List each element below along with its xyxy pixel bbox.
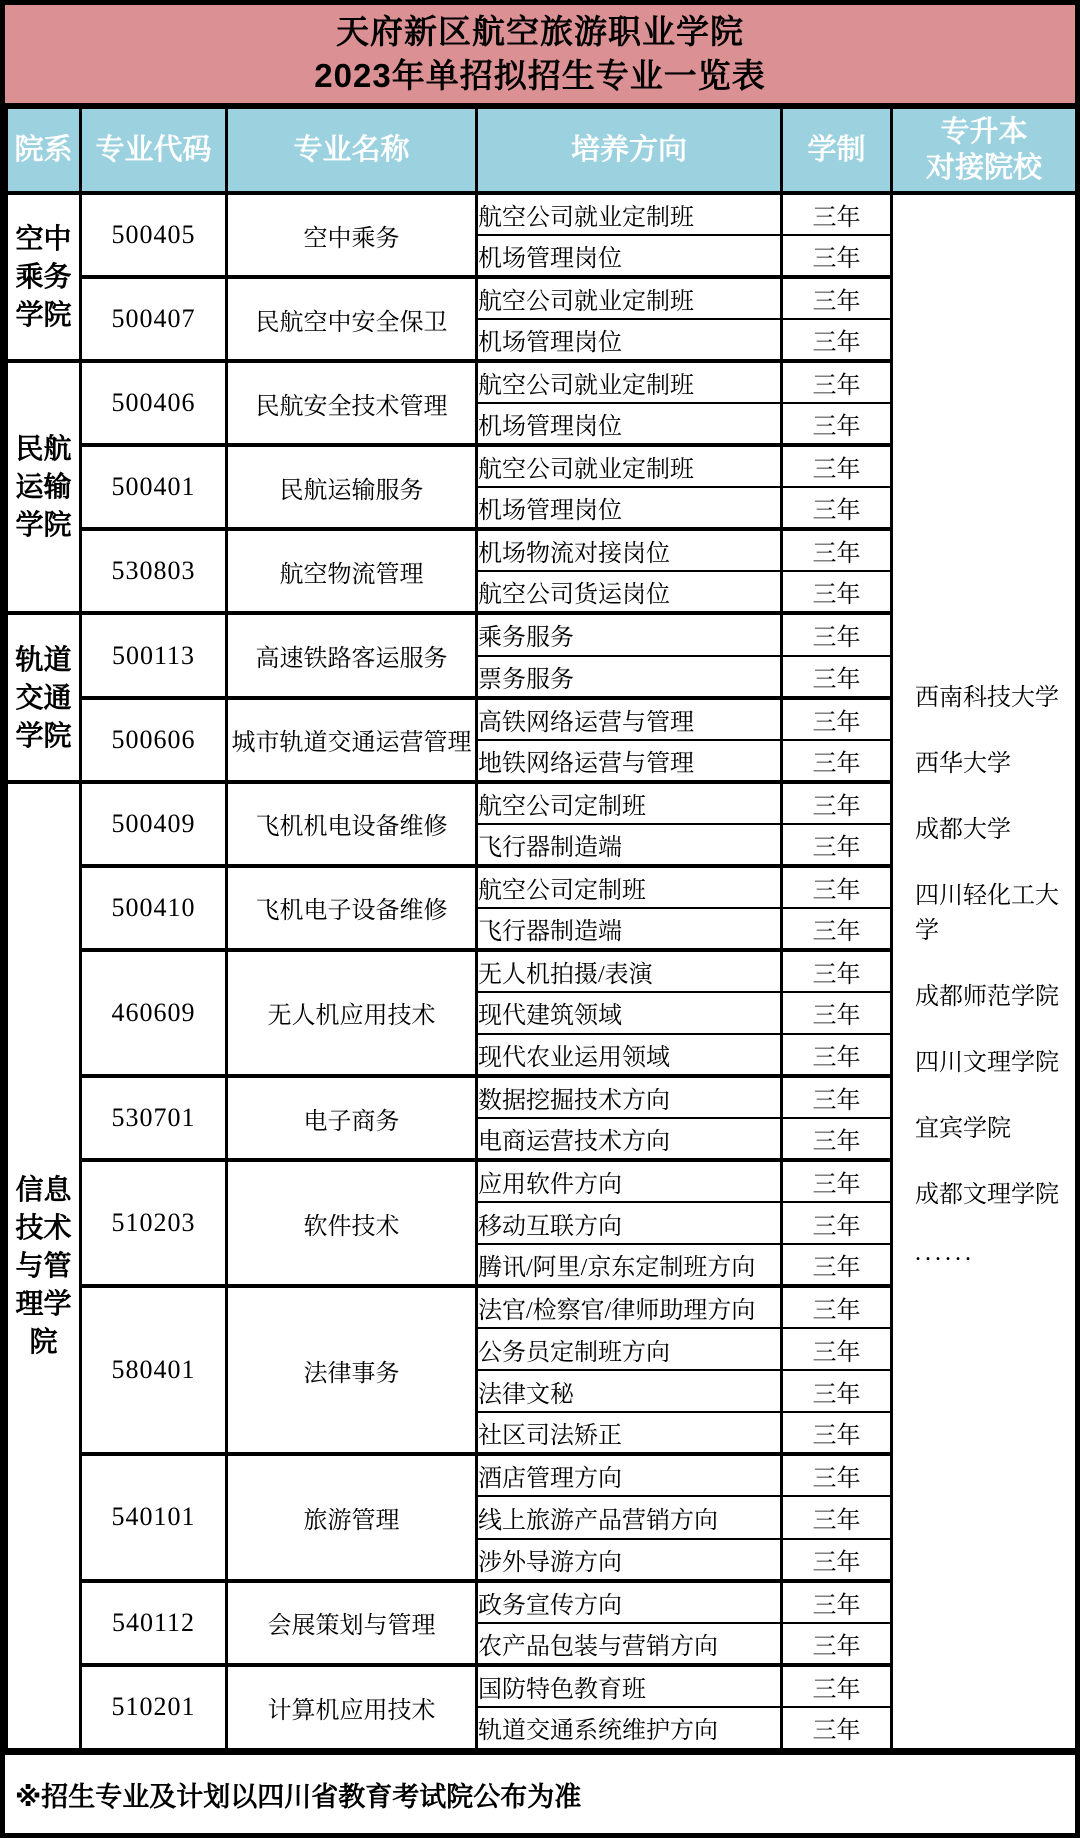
major-name: 空中乘务: [227, 193, 477, 277]
column-header-college: 院系: [7, 108, 81, 193]
direction-name: 机场管理岗位: [477, 487, 782, 529]
study-years: 三年: [782, 1454, 892, 1496]
direction-name: 航空公司就业定制班: [477, 193, 782, 235]
transfer-college-item: 西南科技大学: [915, 677, 1075, 712]
study-years: 三年: [782, 782, 892, 824]
column-header-transfer: 专升本 对接院校: [892, 108, 1077, 193]
transfer-college-item: 宜宾学院: [915, 1108, 1075, 1143]
study-years: 三年: [782, 1076, 892, 1118]
direction-name: 公务员定制班方向: [477, 1328, 782, 1370]
footer-note: ※招生专业及计划以四川省教育考试院公布为准: [5, 1750, 1075, 1833]
major-name: 飞机电子设备维修: [227, 866, 477, 950]
study-years: 三年: [782, 1328, 892, 1370]
major-name: 城市轨道交通运营管理: [227, 698, 477, 782]
direction-name: 电商运营技术方向: [477, 1118, 782, 1160]
study-years: 三年: [782, 1623, 892, 1665]
study-years: 三年: [782, 571, 892, 613]
study-years: 三年: [782, 866, 892, 908]
study-years: 三年: [782, 403, 892, 445]
study-years: 三年: [782, 1581, 892, 1623]
major-code: 500113: [81, 613, 227, 697]
study-years: 三年: [782, 319, 892, 361]
table-body: 空中 乘务 学院500405空中乘务航空公司就业定制班三年西南科技大学西华大学成…: [7, 193, 1077, 1749]
direction-name: 票务服务: [477, 656, 782, 698]
study-years: 三年: [782, 698, 892, 740]
major-code: 510203: [81, 1160, 227, 1286]
study-years: 三年: [782, 1286, 892, 1328]
major-name: 民航空中安全保卫: [227, 277, 477, 361]
direction-name: 机场管理岗位: [477, 319, 782, 361]
study-years: 三年: [782, 235, 892, 277]
college-name: 轨道 交通 学院: [7, 613, 81, 781]
major-code: 500406: [81, 361, 227, 445]
major-code: 540101: [81, 1454, 227, 1580]
study-years: 三年: [782, 361, 892, 403]
direction-name: 航空公司就业定制班: [477, 445, 782, 487]
study-years: 三年: [782, 277, 892, 319]
transfer-colleges-cell: 西南科技大学西华大学成都大学四川轻化工大学成都师范学院四川文理学院宜宾学院成都文…: [892, 193, 1077, 1749]
transfer-college-item: ......: [915, 1240, 1075, 1267]
direction-name: 航空公司就业定制班: [477, 361, 782, 403]
study-years: 三年: [782, 193, 892, 235]
title-line-2: 2023年单招拟招生专业一览表: [314, 54, 765, 98]
college-name: 信息 技术 与管 理学 院: [7, 782, 81, 1749]
major-code: 510201: [81, 1665, 227, 1749]
study-years: 三年: [782, 1370, 892, 1412]
college-name: 民航 运输 学院: [7, 361, 81, 613]
study-years: 三年: [782, 908, 892, 950]
study-years: 三年: [782, 992, 892, 1034]
study-years: 三年: [782, 1496, 892, 1538]
table-row: 空中 乘务 学院500405空中乘务航空公司就业定制班三年西南科技大学西华大学成…: [7, 193, 1077, 235]
direction-name: 农产品包装与营销方向: [477, 1623, 782, 1665]
direction-name: 法官/检察官/律师助理方向: [477, 1286, 782, 1328]
direction-name: 社区司法矫正: [477, 1412, 782, 1454]
study-years: 三年: [782, 1202, 892, 1244]
study-years: 三年: [782, 613, 892, 655]
enrollment-table: 院系 专业代码 专业名称 培养方向 学制 专升本 对接院校 空中 乘务 学院50…: [5, 107, 1078, 1750]
direction-name: 机场物流对接岗位: [477, 529, 782, 571]
column-header-direction: 培养方向: [477, 108, 782, 193]
direction-name: 航空公司货运岗位: [477, 571, 782, 613]
direction-name: 乘务服务: [477, 613, 782, 655]
study-years: 三年: [782, 445, 892, 487]
direction-name: 飞行器制造端: [477, 908, 782, 950]
major-code: 500410: [81, 866, 227, 950]
transfer-college-item: 成都文理学院: [915, 1174, 1075, 1209]
title-line-1: 天府新区航空旅游职业学院: [336, 10, 744, 54]
study-years: 三年: [782, 1118, 892, 1160]
direction-name: 酒店管理方向: [477, 1454, 782, 1496]
study-years: 三年: [782, 1665, 892, 1707]
study-years: 三年: [782, 740, 892, 782]
major-name: 电子商务: [227, 1076, 477, 1160]
major-name: 航空物流管理: [227, 529, 477, 613]
enrollment-roster-page: 天府新区航空旅游职业学院 2023年单招拟招生专业一览表 院系 专业代码 专业名…: [0, 0, 1080, 1838]
major-code: 500401: [81, 445, 227, 529]
major-code: 500407: [81, 277, 227, 361]
direction-name: 应用软件方向: [477, 1160, 782, 1202]
direction-name: 国防特色教育班: [477, 1665, 782, 1707]
direction-name: 政务宣传方向: [477, 1581, 782, 1623]
direction-name: 数据挖掘技术方向: [477, 1076, 782, 1118]
study-years: 三年: [782, 950, 892, 992]
major-code: 530701: [81, 1076, 227, 1160]
column-header-major-code: 专业代码: [81, 108, 227, 193]
direction-name: 轨道交通系统维护方向: [477, 1707, 782, 1749]
direction-name: 航空公司定制班: [477, 782, 782, 824]
major-name: 无人机应用技术: [227, 950, 477, 1076]
study-years: 三年: [782, 1244, 892, 1286]
direction-name: 高铁网络运营与管理: [477, 698, 782, 740]
study-years: 三年: [782, 1539, 892, 1581]
direction-name: 航空公司就业定制班: [477, 277, 782, 319]
study-years: 三年: [782, 1034, 892, 1076]
direction-name: 现代建筑领域: [477, 992, 782, 1034]
transfer-college-item: 西华大学: [915, 743, 1075, 778]
major-name: 法律事务: [227, 1286, 477, 1454]
direction-name: 移动互联方向: [477, 1202, 782, 1244]
column-header-years: 学制: [782, 108, 892, 193]
study-years: 三年: [782, 656, 892, 698]
direction-name: 飞行器制造端: [477, 824, 782, 866]
direction-name: 无人机拍摄/表演: [477, 950, 782, 992]
table-header-row: 院系 专业代码 专业名称 培养方向 学制 专升本 对接院校: [7, 108, 1077, 193]
major-name: 会展策划与管理: [227, 1581, 477, 1665]
major-name: 民航安全技术管理: [227, 361, 477, 445]
major-code: 530803: [81, 529, 227, 613]
major-name: 旅游管理: [227, 1454, 477, 1580]
transfer-college-item: 成都师范学院: [915, 976, 1075, 1011]
major-code: 580401: [81, 1286, 227, 1454]
transfer-college-item: 四川文理学院: [915, 1042, 1075, 1077]
direction-name: 机场管理岗位: [477, 403, 782, 445]
major-name: 计算机应用技术: [227, 1665, 477, 1749]
study-years: 三年: [782, 529, 892, 571]
major-name: 高速铁路客运服务: [227, 613, 477, 697]
study-years: 三年: [782, 487, 892, 529]
major-name: 软件技术: [227, 1160, 477, 1286]
major-code: 500409: [81, 782, 227, 866]
major-name: 民航运输服务: [227, 445, 477, 529]
column-header-major-name: 专业名称: [227, 108, 477, 193]
study-years: 三年: [782, 1707, 892, 1749]
major-code: 460609: [81, 950, 227, 1076]
major-code: 500606: [81, 698, 227, 782]
major-name: 飞机机电设备维修: [227, 782, 477, 866]
major-code: 540112: [81, 1581, 227, 1665]
transfer-college-item: 成都大学: [915, 809, 1075, 844]
direction-name: 机场管理岗位: [477, 235, 782, 277]
direction-name: 法律文秘: [477, 1370, 782, 1412]
page-title: 天府新区航空旅游职业学院 2023年单招拟招生专业一览表: [5, 5, 1075, 107]
college-name: 空中 乘务 学院: [7, 193, 81, 361]
study-years: 三年: [782, 1412, 892, 1454]
major-code: 500405: [81, 193, 227, 277]
direction-name: 地铁网络运营与管理: [477, 740, 782, 782]
table-header: 院系 专业代码 专业名称 培养方向 学制 专升本 对接院校: [7, 108, 1077, 193]
transfer-college-item: 四川轻化工大学: [915, 875, 1075, 945]
direction-name: 腾讯/阿里/京东定制班方向: [477, 1244, 782, 1286]
transfer-colleges-list: 西南科技大学西华大学成都大学四川轻化工大学成都师范学院四川文理学院宜宾学院成都文…: [893, 677, 1075, 1267]
direction-name: 涉外导游方向: [477, 1539, 782, 1581]
direction-name: 航空公司定制班: [477, 866, 782, 908]
direction-name: 现代农业运用领域: [477, 1034, 782, 1076]
study-years: 三年: [782, 1160, 892, 1202]
study-years: 三年: [782, 824, 892, 866]
direction-name: 线上旅游产品营销方向: [477, 1496, 782, 1538]
